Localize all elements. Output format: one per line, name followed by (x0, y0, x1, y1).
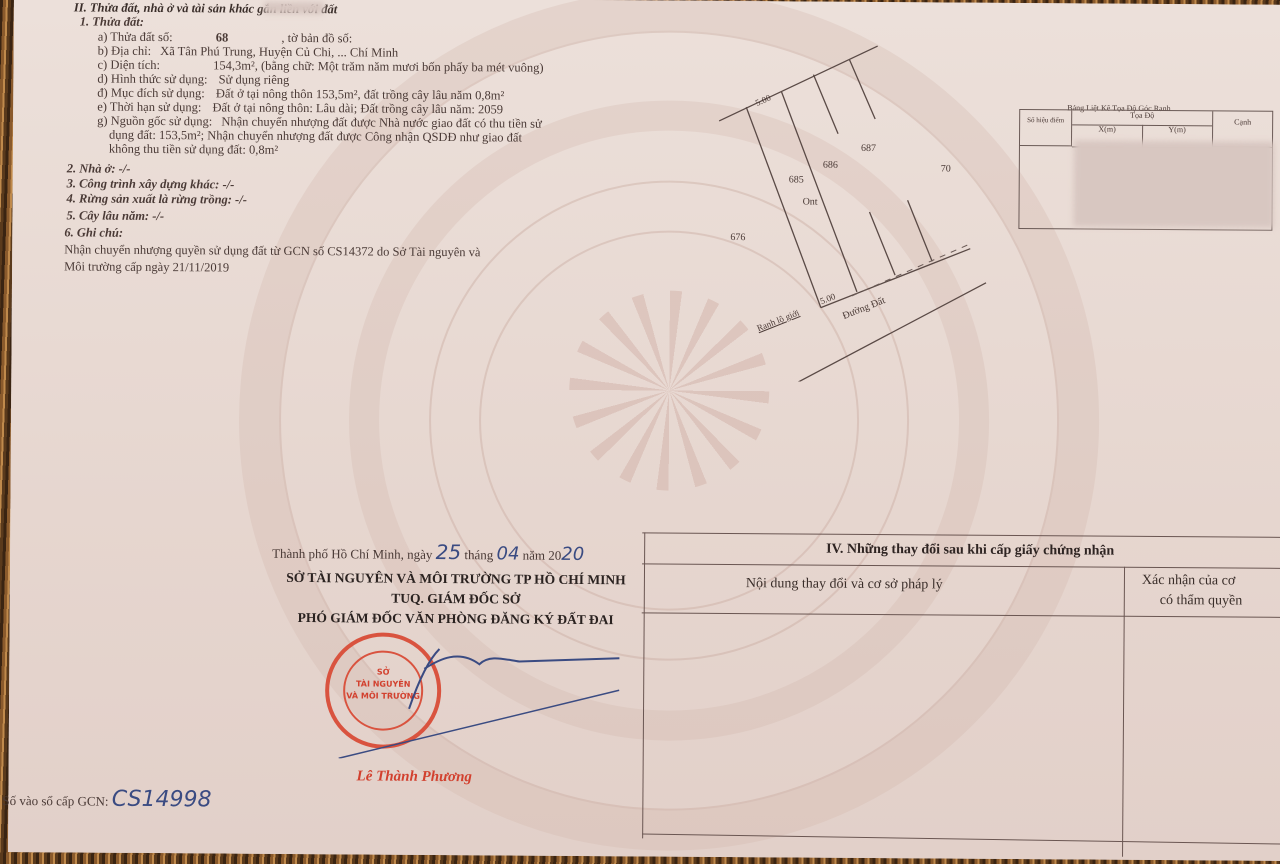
handwritten-signature (329, 638, 630, 760)
authority-name: SỞ TÀI NGUYÊN VÀ MÔI TRƯỜNG TP HỒ CHÍ MI… (256, 570, 656, 589)
register-number: Số vào sổ cấp GCN: CS14998 (2, 792, 211, 810)
place-date: Thành phố Hồ Chí Minh, ngày 25 tháng 04 … (272, 544, 584, 564)
section6-title: 6. Ghi chú: (64, 225, 123, 240)
note-line1: Nhận chuyển nhượng quyền sử dụng đất từ … (64, 242, 480, 259)
parcel-687: 687 (861, 142, 876, 157)
register-value: CS14998 (112, 787, 212, 813)
land-certificate-page: II. Thửa đất, nhà ở và tài sản khác gắn … (8, 0, 1280, 861)
parcel-686: 686 (823, 159, 838, 174)
signer-name: Lê Thành Phương (356, 768, 472, 786)
note-line2: Môi trường cấp ngày 21/11/2019 (64, 259, 229, 275)
section1-title: 1. Thửa đất: (80, 14, 144, 29)
section5: 5. Cây lâu năm: -/- (66, 208, 164, 223)
coord-table: Số hiệu điểm Tọa Độ X(m) Y(m) Cạnh 12120… (1018, 109, 1273, 231)
col-change-content: Nội dung thay đổi và cơ sở pháp lý (746, 577, 943, 593)
signer-position: PHÓ GIÁM ĐỐC VĂN PHÒNG ĐĂNG KÝ ĐẤT ĐAI (256, 610, 656, 629)
section4: 4. Rừng sản xuất là rừng trồng: -/- (67, 191, 247, 207)
land-type-label: Ont (803, 196, 818, 211)
parcel-70: 70 (941, 162, 951, 177)
parcel-685: 685 (789, 173, 804, 188)
parcel-number: 68 (216, 30, 229, 44)
date-month: 04 (496, 543, 519, 564)
proxy-title: TUQ. GIÁM ĐỐC SỞ (256, 590, 656, 609)
col-confirm-line1: Xác nhận của cơ (1142, 574, 1235, 589)
date-day: 25 (436, 540, 462, 564)
plot-map-diagram (701, 41, 1003, 383)
section2: 2. Nhà ở: -/- (67, 161, 131, 176)
date-year: 20 (561, 544, 584, 565)
section3: 3. Công trình xây dựng khác: -/- (67, 176, 235, 192)
col-confirm-line2: có thẩm quyền (1160, 594, 1243, 609)
changes-section-title: IV. Những thay đổi sau khi cấp giấy chứn… (710, 541, 1230, 561)
parcel-676: 676 (730, 231, 745, 246)
field-origin-line3: không thu tiền sử dụng đất: 0,8m² (109, 142, 278, 158)
col-point-header: Số hiệu điểm (1020, 110, 1072, 146)
